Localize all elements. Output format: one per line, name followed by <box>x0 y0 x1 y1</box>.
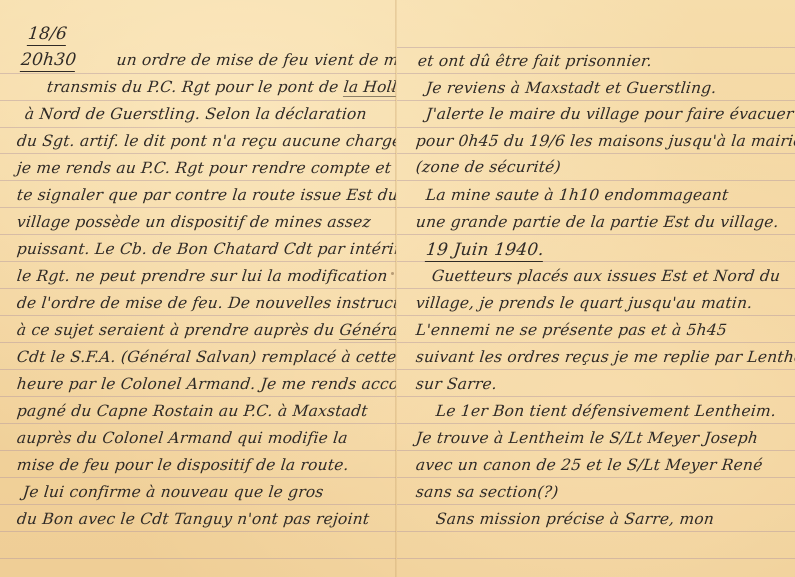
ruled-line <box>397 315 795 316</box>
paper-mark <box>391 88 394 91</box>
ruled-line <box>0 180 396 181</box>
diary-line: Je lui confirme à nouveau que le gros <box>22 483 325 501</box>
place-name-underlined: la Holler <box>343 78 396 97</box>
underlined-word: Général <box>339 321 396 340</box>
ruled-line <box>0 153 396 154</box>
diary-line: à ce sujet seraient à prendre auprès du … <box>16 321 396 339</box>
diary-line: le Rgt. ne peut prendre sur lui la modif… <box>16 267 389 285</box>
diary-line: (zone de sécurité) <box>415 158 562 176</box>
diary-line: 20h30 un ordre de mise de feu vient de m… <box>20 50 396 70</box>
diary-line: mise de feu pour le dispositif de la rou… <box>16 456 350 474</box>
diary-line: La mine saute à 1h10 endommageant <box>425 186 729 204</box>
line-text: un ordre de mise de feu vient de m'être <box>116 51 396 69</box>
ruled-line <box>397 234 795 235</box>
diary-line: L'ennemi ne se présente pas et à 5h45 <box>415 321 728 339</box>
diary-line: heure par le Colonel Armand. Je me rends… <box>16 375 396 393</box>
ruled-line <box>0 288 396 289</box>
date-heading-text: 19 Juin 1940. <box>425 240 545 262</box>
ruled-line <box>397 450 795 451</box>
diary-line: du Bon avec le Cdt Tanguy n'ont pas rejo… <box>16 510 370 528</box>
diary-line: village possède un dispositif de mines a… <box>16 213 372 231</box>
time-stamp: 20h30 <box>20 50 78 72</box>
diary-line: Sans mission précise à Sarre, mon <box>435 510 715 528</box>
ruled-line <box>0 261 396 262</box>
diary-line: avec un canon de 25 et le S/Lt Meyer Ren… <box>415 456 764 474</box>
ruled-line <box>397 127 795 128</box>
diary-line: et ont dû être fait prisonnier. <box>417 52 653 70</box>
ruled-line <box>397 47 795 48</box>
ruled-line <box>397 342 795 343</box>
diary-line: transmis du P.C. Rgt pour le pont de la … <box>46 78 396 96</box>
diary-line: de l'ordre de mise de feu. De nouvelles … <box>16 294 396 312</box>
diary-line: Guetteurs placés aux issues Est et Nord … <box>431 267 781 285</box>
diary-line: je me rends au P.C. Rgt pour rendre comp… <box>16 159 392 177</box>
date-heading: 19 Juin 1940. <box>425 240 545 260</box>
left-page: 18/6 20h30 un ordre de mise de feu vient… <box>0 0 396 577</box>
ruled-line <box>0 207 396 208</box>
diary-line: pour 0h45 du 19/6 les maisons jusqu'à la… <box>415 132 795 150</box>
ruled-line <box>0 396 396 397</box>
ruled-line <box>397 504 795 505</box>
ruled-line <box>397 369 795 370</box>
diary-line: Je reviens à Maxstadt et Guerstling. <box>425 79 717 97</box>
ruled-line <box>397 288 795 289</box>
ruled-line <box>397 153 795 154</box>
ruled-line <box>0 450 396 451</box>
ruled-line <box>0 477 396 478</box>
ruled-line <box>0 73 396 74</box>
ruled-line <box>0 369 396 370</box>
ruled-line <box>0 531 396 532</box>
ruled-line <box>397 531 795 532</box>
diary-line: du Sgt. artif. le dit pont n'a reçu aucu… <box>16 132 396 150</box>
diary-line: auprès du Colonel Armand qui modifie la <box>16 429 349 447</box>
diary-line: sans sa section(?) <box>415 483 559 501</box>
ruled-line <box>0 234 396 235</box>
diary-line: Le 1er Bon tient défensivement Lentheim. <box>435 402 777 420</box>
ruled-line <box>0 342 396 343</box>
ruled-line <box>397 100 795 101</box>
ruled-line <box>397 477 795 478</box>
diary-line: suivant les ordres reçus je me replie pa… <box>415 348 795 366</box>
diary-line: puissant. Le Cb. de Bon Chatard Cdt par … <box>16 240 396 258</box>
diary-line: sur Sarre. <box>415 375 498 393</box>
diary-line: Cdt le S.F.A. (Général Salvan) remplacé … <box>16 348 396 366</box>
ruled-line <box>0 423 396 424</box>
line-text: à ce sujet seraient à prendre auprès du <box>16 321 341 339</box>
ruled-line <box>397 73 795 74</box>
ruled-line <box>397 396 795 397</box>
ruled-line <box>0 127 396 128</box>
paper-mark <box>391 272 394 275</box>
notebook-spread: 18/6 20h30 un ordre de mise de feu vient… <box>0 0 795 577</box>
diary-line: pagné du Capne Rostain au P.C. à Maxstad… <box>16 402 369 420</box>
ruled-line <box>0 100 396 101</box>
ruled-line <box>397 180 795 181</box>
diary-line: Je trouve à Lentheim le S/Lt Meyer Josep… <box>415 429 759 447</box>
diary-line: te signaler que par contre la route issu… <box>16 186 396 204</box>
ruled-line <box>0 558 396 559</box>
line-text: transmis du P.C. Rgt pour le pont de <box>46 78 345 96</box>
ruled-line <box>0 315 396 316</box>
ruled-line <box>397 423 795 424</box>
diary-line: village, je prends le quart jusqu'au mat… <box>415 294 753 312</box>
date-heading: 18/6 <box>27 24 68 44</box>
diary-line: J'alerte le maire du village pour faire … <box>425 105 795 123</box>
diary-line: une grande partie de la partie Est du vi… <box>415 213 780 231</box>
ruled-line <box>0 504 396 505</box>
date-heading-text: 18/6 <box>27 24 68 46</box>
diary-line: à Nord de Guerstling. Selon la déclarati… <box>24 105 368 123</box>
right-page: et ont dû être fait prisonnier. Je revie… <box>397 0 795 577</box>
ruled-line <box>397 207 795 208</box>
ruled-line <box>397 558 795 559</box>
